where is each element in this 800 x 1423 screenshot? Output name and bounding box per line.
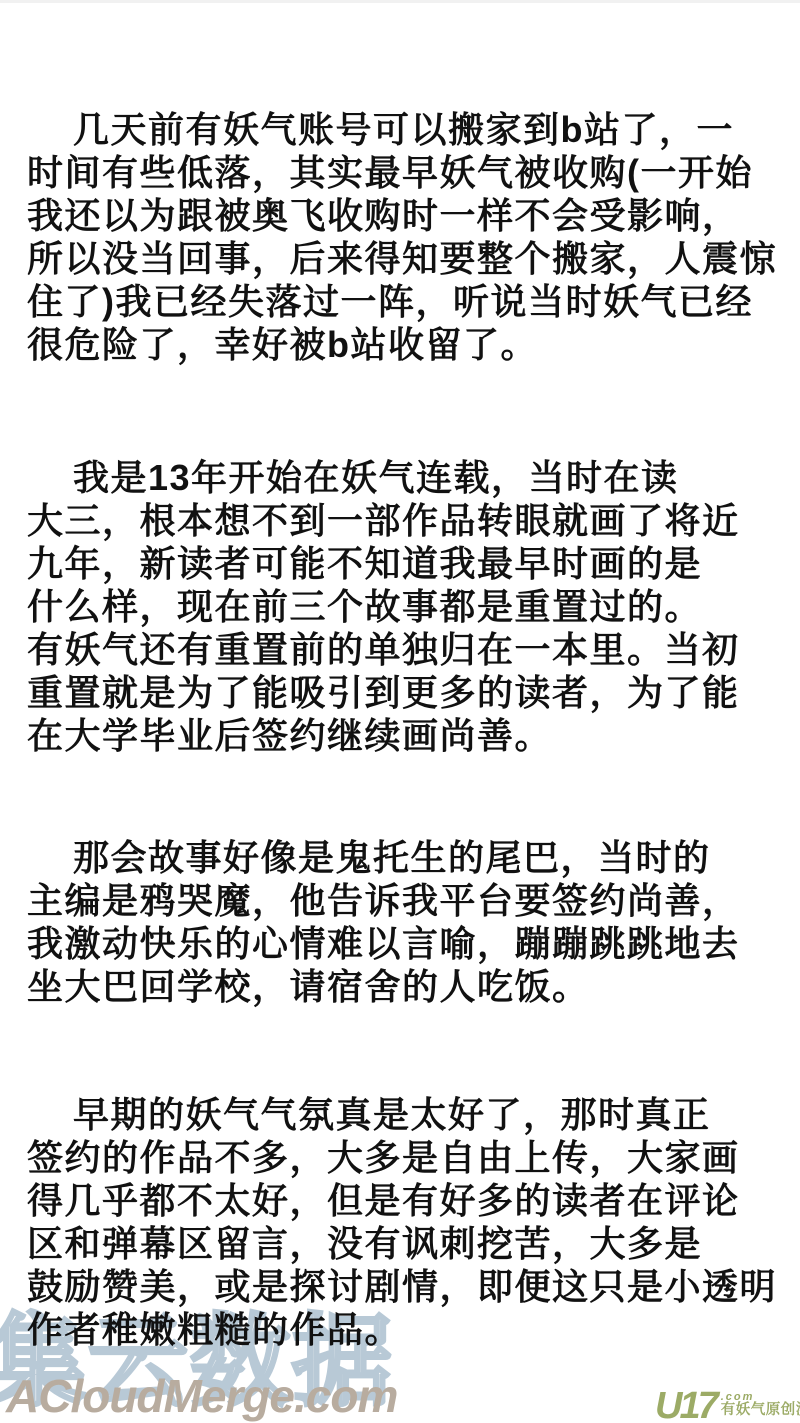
text-line: 时间有些低落，其实最早妖气被收购(一开始 [27,151,782,194]
text-line: 签约的作品不多，大多是自由上传，大家画 [27,1136,782,1179]
u17-logo-right-column: .com 有妖气原创漫画 [721,1392,800,1418]
text-line: 所以没当回事，后来得知要整个搬家，人震惊 [27,237,782,280]
text-line: 主编是鸦哭魔，他告诉我平台要签约尚善， [27,879,782,922]
paragraph-4: 早期的妖气气氛真是太好了，那时真正 签约的作品不多，大多是自由上传，大家画 得几… [27,1093,782,1351]
text-line: 我还以为跟被奥飞收购时一样不会受影响， [27,194,782,237]
paragraph-2: 我是13年开始在妖气连载，当时在读 大三，根本想不到一部作品转眼就画了将近 九年… [27,456,782,757]
text-line: 作者稚嫩粗糙的作品。 [27,1308,782,1351]
text-line: 什么样，现在前三个故事都是重置过的。 [27,585,782,628]
paragraph-3: 那会故事好像是鬼托生的尾巴，当时的 主编是鸦哭魔，他告诉我平台要签约尚善， 我激… [27,836,782,1008]
text-line: 坐大巴回学校，请宿舍的人吃饭。 [27,965,782,1008]
u17-brand-text: U17 [655,1390,716,1422]
u17-logo: U17 .com 有妖气原创漫画 [655,1390,800,1422]
text-line: 得几乎都不太好，但是有好多的读者在评论 [27,1179,782,1222]
paragraph-1: 几天前有妖气账号可以搬家到b站了，一 时间有些低落，其实最早妖气被收购(一开始 … [27,108,782,366]
author-note-text: 几天前有妖气账号可以搬家到b站了，一 时间有些低落，其实最早妖气被收购(一开始 … [0,3,800,1351]
comic-author-note-page: 几天前有妖气账号可以搬家到b站了，一 时间有些低落，其实最早妖气被收购(一开始 … [0,0,800,1423]
text-line: 住了)我已经失落过一阵，听说当时妖气已经 [27,280,782,323]
text-line: 九年，新读者可能不知道我最早时画的是 [27,542,782,585]
text-line: 大三，根本想不到一部作品转眼就画了将近 [27,499,782,542]
text-line: 区和弹幕区留言，没有讽刺挖苦，大多是 [27,1222,782,1265]
text-line: 很危险了，幸好被b站收留了。 [27,323,782,366]
text-line: 那会故事好像是鬼托生的尾巴，当时的 [27,836,782,879]
text-line: 鼓励赞美，或是探讨剧情，即便这只是小透明 [27,1265,782,1308]
text-line: 早期的妖气气氛真是太好了，那时真正 [27,1093,782,1136]
u17-tagline-text: 有妖气原创漫画 [721,1403,800,1418]
text-line: 我是13年开始在妖气连载，当时在读 [27,456,782,499]
text-line: 几天前有妖气账号可以搬家到b站了，一 [27,108,782,151]
text-line: 我激动快乐的心情难以言喻，蹦蹦跳跳地去 [27,922,782,965]
text-line: 在大学毕业后签约继续画尚善。 [27,714,782,757]
text-line: 重置就是为了能吸引到更多的读者，为了能 [27,671,782,714]
acloudmerge-watermark: ACloudMerge.com [6,1369,397,1423]
text-line: 有妖气还有重置前的单独归在一本里。当初 [27,628,782,671]
